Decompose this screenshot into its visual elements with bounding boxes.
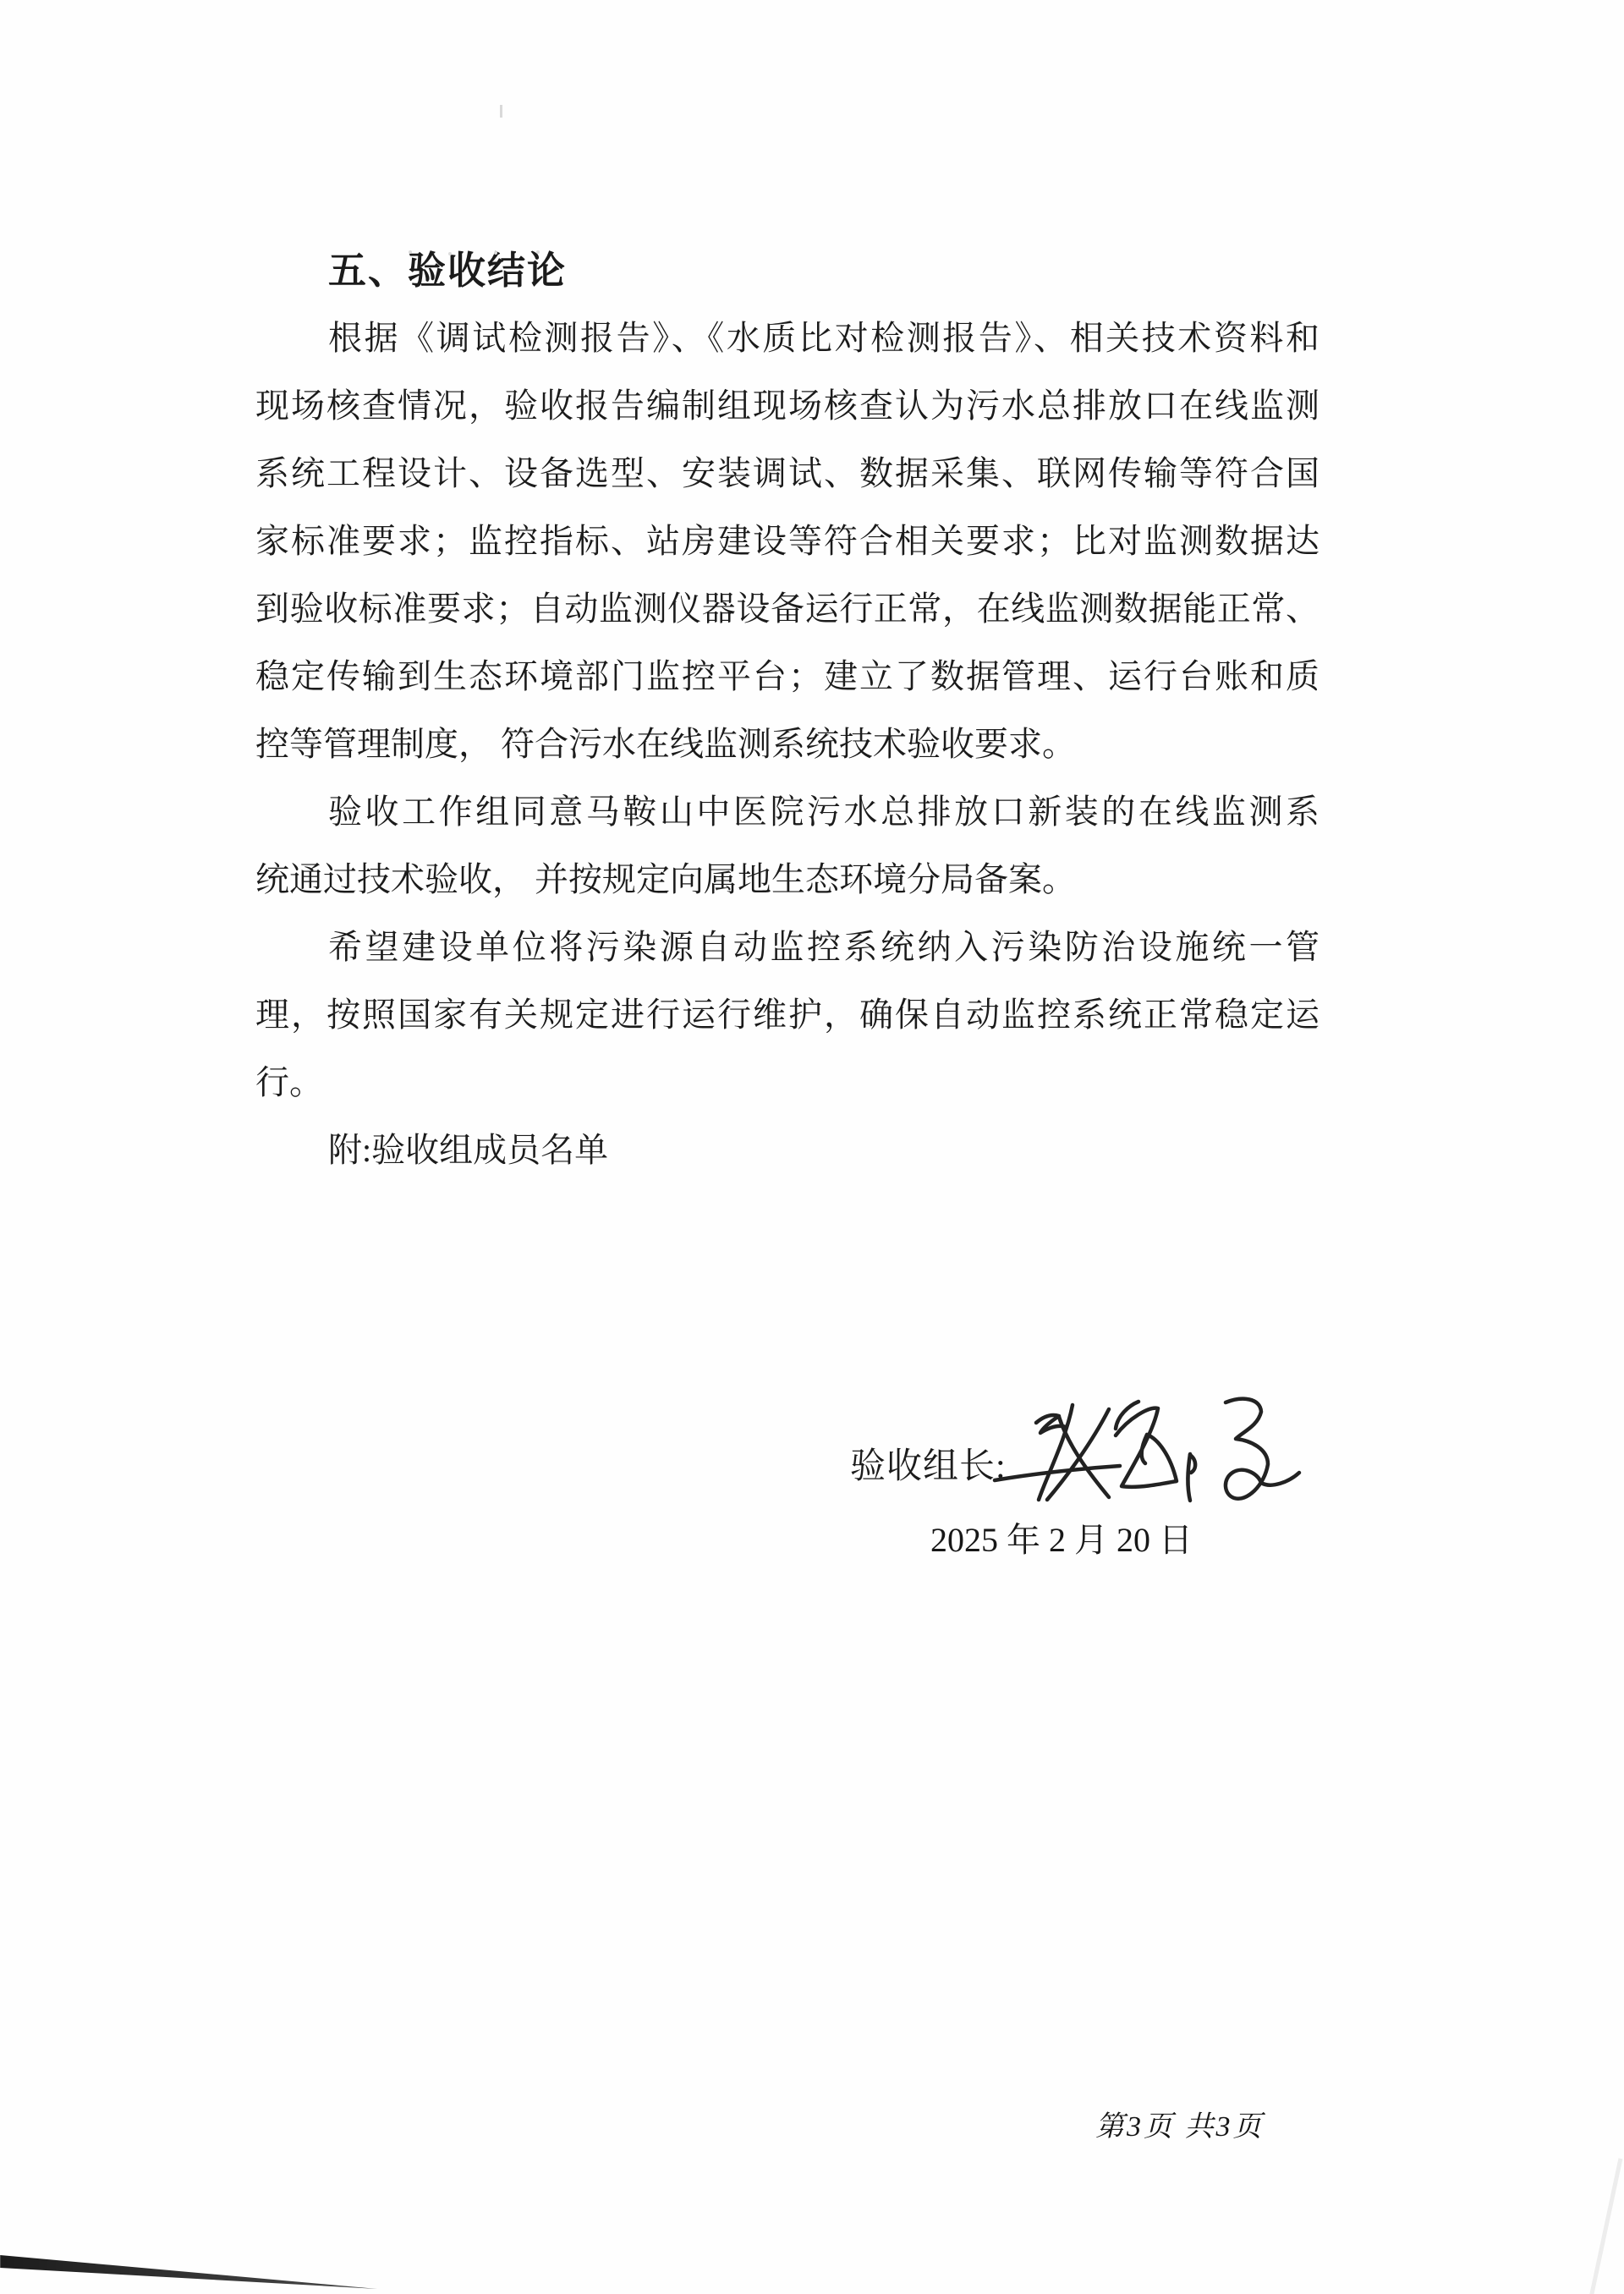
- scan-artifact-speck: [536, 250, 540, 254]
- body-line: 验收工作组同意马鞍山中医院污水总排放口新装的在线监测系: [255, 778, 1319, 846]
- scan-artifact-corner-shadow: [0, 2252, 379, 2291]
- section-title: 五、验收结论: [255, 237, 1319, 305]
- body-line: 附:验收组成员名单: [255, 1117, 1319, 1184]
- scan-artifact-dash: [500, 105, 502, 118]
- body-line: 家标准要求；监控指标、站房建设等符合相关要求；比对监测数据达: [255, 508, 1319, 575]
- body-line: 理，按照国家有关规定进行运行维护，确保自动监控系统正常稳定运: [255, 981, 1319, 1049]
- document-content: 五、验收结论 根据《调试检测报告》、《水质比对检测报告》、相关技术资料和现场核查…: [255, 237, 1319, 1184]
- body-line: 到验收标准要求；自动监测仪器设备运行正常，在线监测数据能正常、: [255, 575, 1319, 643]
- signature-role-label: 验收组长:: [850, 1448, 1007, 1485]
- body-line: 统通过技术验收， 并按规定向属地生态环境分局备案。: [255, 846, 1319, 914]
- handwritten-signature-icon: [988, 1387, 1303, 1524]
- scanned-document-page: 五、验收结论 根据《调试检测报告》、《水质比对检测报告》、相关技术资料和现场核查…: [0, 0, 1624, 2294]
- body-line: 希望建设单位将污染源自动监控系统纳入污染防治设施统一管: [255, 914, 1319, 981]
- body-line: 现场核查情况，验收报告编制组现场核查认为污水总排放口在线监测: [255, 372, 1319, 440]
- body-line: 控等管理制度， 符合污水在线监测系统技术验收要求。: [255, 711, 1319, 778]
- body-line: 稳定传输到生态环境部门监控平台；建立了数据管理、运行台账和质: [255, 643, 1319, 711]
- page-number: 第3页 共3页: [1095, 2109, 1265, 2146]
- scan-artifact-speck: [409, 250, 412, 254]
- signature-date: 2025 年 2 月 20 日: [930, 1520, 1193, 1561]
- scan-artifact-speck: [448, 252, 452, 255]
- scan-artifact-page-edge: [1589, 2158, 1623, 2294]
- body-line: 行。: [255, 1049, 1319, 1117]
- body-line: 根据《调试检测报告》、《水质比对检测报告》、相关技术资料和: [255, 305, 1319, 372]
- body-line: 系统工程设计、设备选型、安装调试、数据采集、联网传输等符合国: [255, 440, 1319, 508]
- scan-artifact-speck: [494, 251, 497, 255]
- document-body: 根据《调试检测报告》、《水质比对检测报告》、相关技术资料和现场核查情况，验收报告…: [255, 305, 1319, 1184]
